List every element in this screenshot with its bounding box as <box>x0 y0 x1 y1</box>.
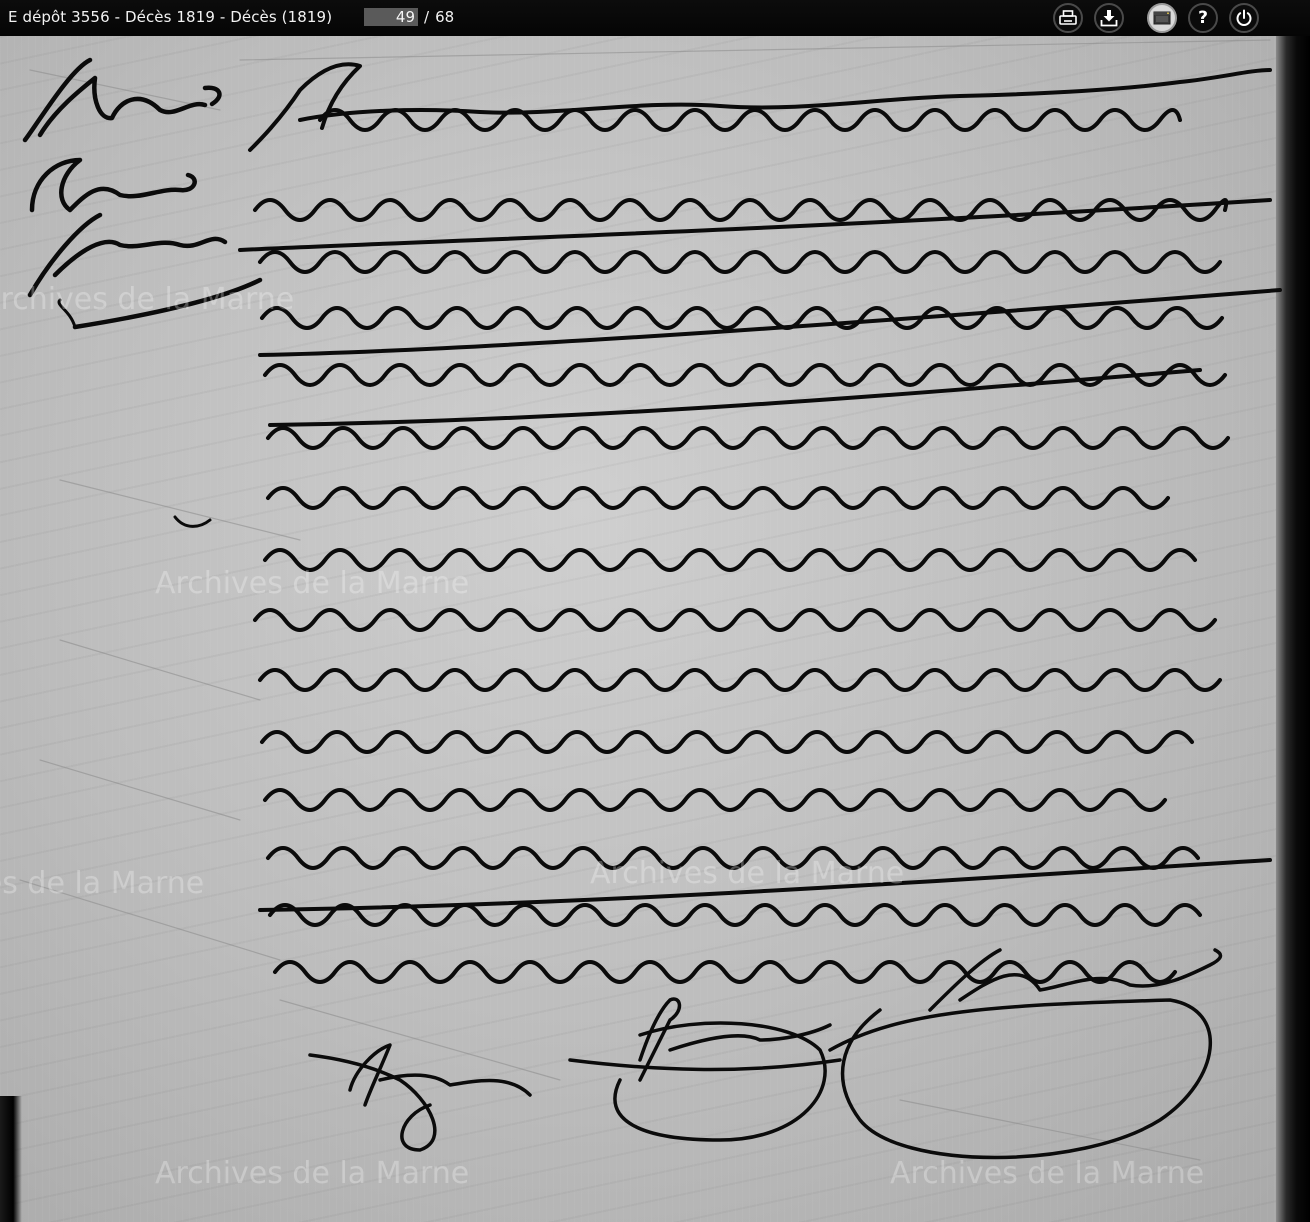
page-number-input[interactable] <box>364 8 418 26</box>
page-separator: / <box>424 8 429 26</box>
logout-button[interactable] <box>1229 3 1259 33</box>
print-button[interactable] <box>1053 3 1083 33</box>
page-total: 68 <box>435 8 454 26</box>
fullscreen-button[interactable] <box>1147 3 1177 33</box>
question-icon: ? <box>1198 10 1208 27</box>
printer-icon <box>1059 10 1077 26</box>
toolbar: E dépôt 3556 - Décès 1819 - Décès (1819)… <box>0 0 1310 36</box>
help-button[interactable]: ? <box>1188 3 1218 33</box>
power-icon <box>1235 9 1253 27</box>
archive-viewer: E dépôt 3556 - Décès 1819 - Décès (1819)… <box>0 0 1310 1222</box>
page-navigator: / 68 <box>364 7 454 27</box>
download-icon <box>1100 9 1118 27</box>
window-icon <box>1153 11 1171 25</box>
document-title: E dépôt 3556 - Décès 1819 - Décès (1819) <box>8 8 332 26</box>
download-button[interactable] <box>1094 3 1124 33</box>
handwriting-ink <box>0 36 1290 1222</box>
document-scan-viewport[interactable]: Archives de la Marne Archives de la Marn… <box>0 36 1310 1222</box>
